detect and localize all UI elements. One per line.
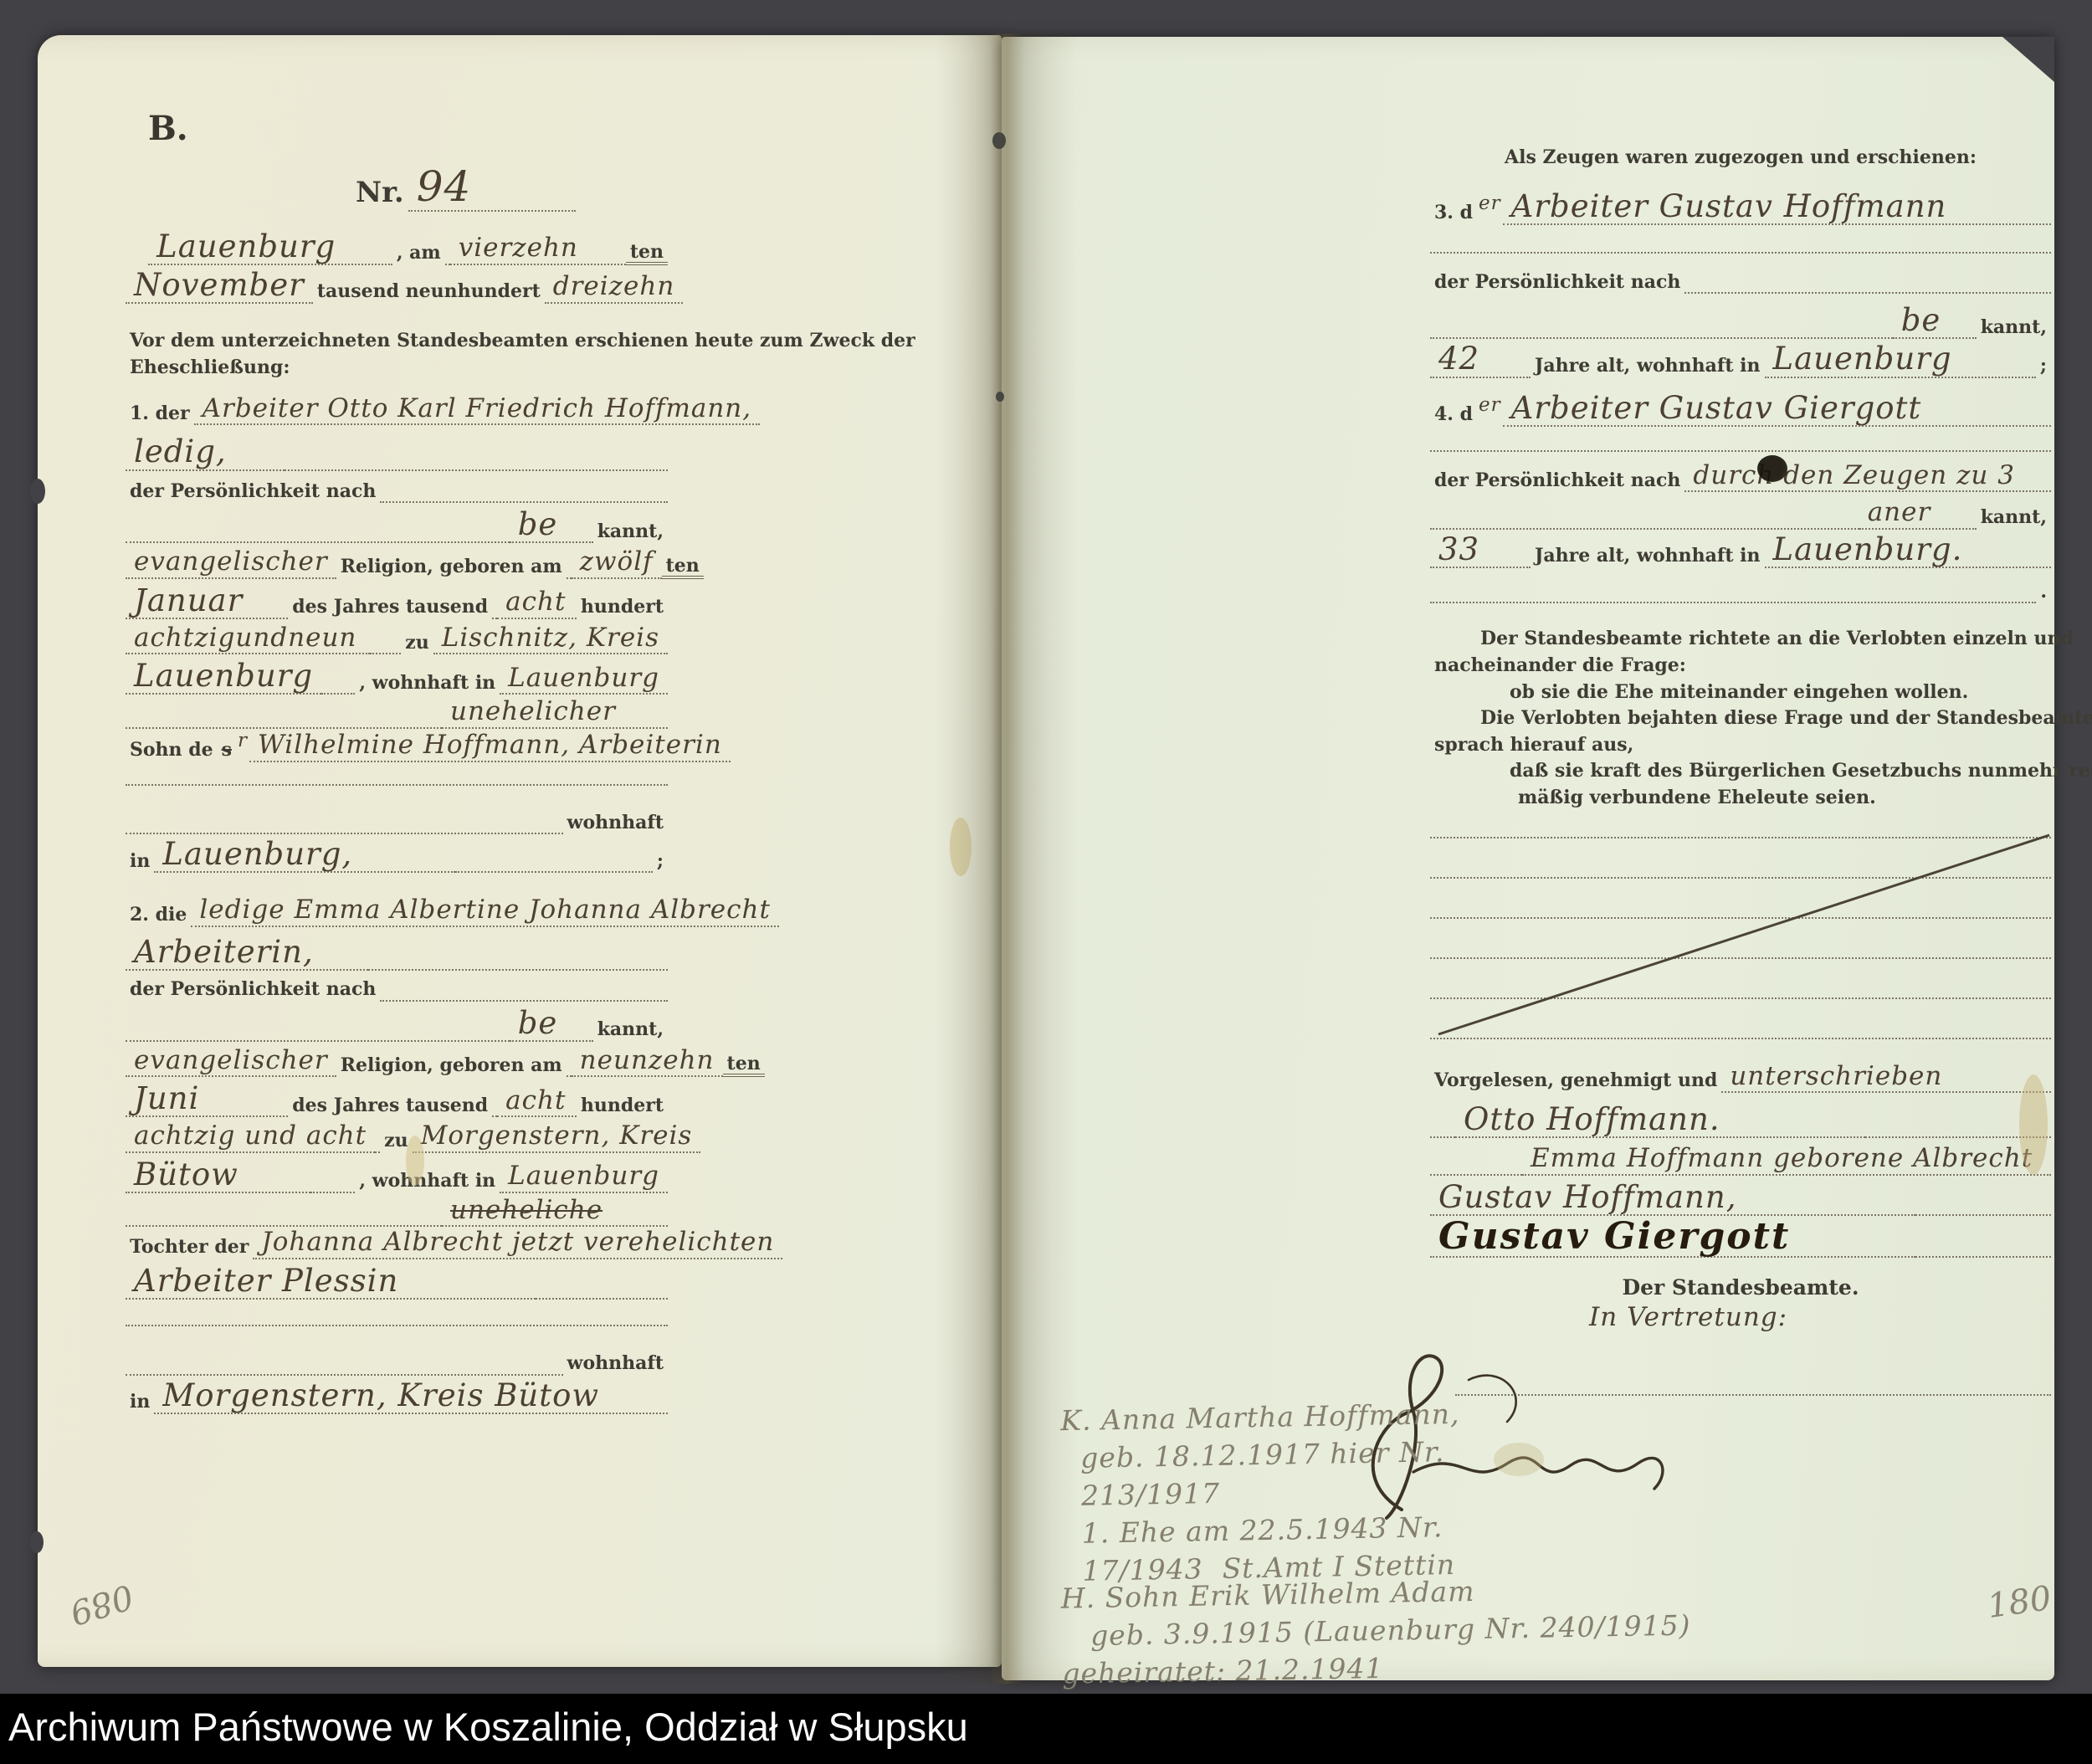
blank-fill-line	[1430, 444, 2051, 452]
blank-fill-line	[380, 495, 668, 503]
blank-fill-line	[126, 1033, 510, 1042]
signature-emma: Emma Hoffmann geborene Albrecht	[1430, 1146, 2051, 1175]
handwritten-text: unterschrieben	[1721, 1064, 2051, 1093]
handwritten-text: evangelischer	[126, 550, 336, 578]
handwritten-text: achtzigundneun	[126, 626, 370, 654]
groom-name-line: 1. derArbeiter Otto Karl Friedrich Hoffm…	[126, 397, 668, 425]
handwritten-text: Arbeiter Gustav Hoffmann	[1503, 192, 2051, 225]
blank-line	[126, 777, 668, 786]
printed-text: tausend neunhundert	[313, 279, 545, 304]
intro-line-1: Vor dem unterzeichneten Standesbeamten e…	[126, 329, 668, 353]
printed-text: ten	[723, 1054, 765, 1077]
printed-text: in	[126, 1390, 154, 1414]
printed-text: nacheinander die Frage:	[1430, 654, 1690, 678]
groom-birthplace-line: Lauenburg, wohnhaft inLauenburg	[126, 661, 668, 695]
handwritten-text: Lauenburg	[500, 1164, 668, 1192]
blank-fill-line	[1430, 1167, 1522, 1176]
blank-fill-line	[536, 1291, 668, 1300]
blank-fill-line	[455, 864, 653, 873]
handwritten-text: zwölf	[572, 550, 662, 578]
handwritten-text: Gustav Hoffmann,	[1430, 1182, 1915, 1216]
handwritten-text: neunzehn	[572, 1049, 723, 1077]
declaration-line-7: mäßig verbundene Eheleute seien.	[1430, 786, 2051, 810]
printed-text: Nr.	[351, 174, 408, 211]
bride-unehelich-line: uneheliche	[126, 1198, 668, 1227]
handwritten-text: Lauenburg.	[1765, 535, 2052, 568]
blank-fill-line	[126, 1318, 668, 1326]
handwritten-text: vierzehn	[450, 236, 626, 264]
printed-text: , am	[392, 241, 445, 265]
binding-hole	[992, 132, 1006, 149]
blank-fill-line	[1684, 285, 2051, 294]
printed-text: kannt,	[593, 520, 668, 544]
printed-text: Vor dem unterzeichneten Standesbeamten e…	[126, 329, 920, 353]
handwritten-text: r	[236, 732, 249, 762]
blank-line	[1430, 245, 2051, 254]
groom-religion-line: evangelischerReligion, geboren amzwölfte…	[126, 550, 668, 578]
declaration-line-1: Der Standesbeamte richtete an die Verlob…	[1430, 627, 2051, 651]
handwritten-text: Johanna Albrecht jetzt verehelichten	[253, 1230, 782, 1259]
pencil-note-line: K. Anna Martha Hoffmann,	[1060, 1396, 1460, 1440]
bride-birthplace-line: Bütow, wohnhaft inLauenburg	[126, 1160, 668, 1193]
handwritten-text: aner	[1859, 500, 1977, 529]
printed-text: des Jahres tausend	[288, 1094, 492, 1118]
handwritten-text: Arbeiter Plessin	[126, 1266, 536, 1300]
vorgelesen-line: Vorgelesen, genehmigt undunterschrieben	[1430, 1064, 2051, 1093]
handwritten-text: ledig,	[126, 437, 285, 470]
blank-fill-line	[285, 463, 668, 471]
handwritten-text: dreizehn	[545, 274, 684, 303]
crossed-out-section	[1430, 830, 2051, 1039]
blank-fill-line	[1430, 595, 2036, 603]
witness3-known-line: bekannt,	[1430, 305, 2051, 339]
bride-parent-line-2: Arbeiter Plessin	[126, 1266, 668, 1300]
handwritten-text: be	[510, 1008, 593, 1042]
blank-fill-line	[1430, 521, 1859, 530]
handwritten-text: Morgenstern, Kreis	[413, 1124, 701, 1152]
groom-birthmonth-line: Januardes Jahres tausendachthundert	[126, 586, 668, 619]
handwritten-text: 42	[1430, 344, 1531, 377]
handwritten-text: Januar	[126, 586, 288, 619]
bride-identity-line: der Persönlichkeit nach	[126, 977, 668, 1002]
printed-text: Vorgelesen, genehmigt und	[1430, 1069, 1721, 1093]
groom-identity-line: der Persönlichkeit nach	[126, 479, 668, 504]
handwritten-text: Lischnitz, Kreis	[433, 626, 668, 654]
printed-text: Die Verlobten bejahten diese Frage und d…	[1476, 706, 2092, 731]
caption-bar: Archiwum Państwowe w Koszalinie, Oddział…	[0, 1694, 2092, 1764]
declaration-line-5: sprach hierauf aus,	[1430, 733, 2051, 757]
witness4-age-line: 33Jahre alt, wohnhaft inLauenburg.	[1430, 535, 2051, 568]
handwritten-text: 94	[408, 167, 576, 212]
handwritten-text: Arbeiter Gustav Giergott	[1503, 393, 2051, 427]
bride-wohnhaft-line: wohnhaft	[126, 1351, 668, 1376]
handwritten-text: Juni	[126, 1084, 288, 1117]
printed-text: Religion, geboren am	[336, 1054, 567, 1078]
bride-religion-line: evangelischerReligion, geboren amneunzeh…	[126, 1049, 668, 1077]
blank-fill-line	[1430, 245, 2051, 254]
blank-fill-line	[126, 1218, 442, 1227]
handwritten-text: unehelicher	[442, 700, 668, 728]
blank-fill-line	[1430, 1329, 1581, 1332]
right-form: Als Zeugen waren zugezogen und erschiene…	[1430, 146, 2051, 1396]
handwritten-text: Arbeiter Otto Karl Friedrich Hoffmann,	[194, 397, 761, 425]
printed-text: der Persönlichkeit nach	[1430, 270, 1684, 295]
blank-fill-line	[1915, 1208, 2051, 1216]
blank-fill-line	[126, 1367, 563, 1376]
handwritten-text: Emma Hoffmann geborene Albrecht	[1522, 1146, 2051, 1175]
handwritten-text: acht	[497, 1089, 577, 1117]
printed-text: Jahre alt, wohnhaft in	[1531, 544, 1765, 568]
printed-text: sprach hierauf aus,	[1430, 733, 1638, 757]
declaration-line-4: Die Verlobten bejahten diese Frage und d…	[1430, 706, 2051, 731]
printed-text: ;	[653, 849, 668, 874]
date-year-line: Novembertausend neunhundertdreizehn	[126, 270, 668, 304]
handwritten-text: Wilhelmine Hoffmann, Arbeiterin	[249, 733, 731, 761]
printed-text: in	[126, 849, 154, 874]
binding-hole	[996, 392, 1004, 402]
handwritten-text: Lauenburg	[1765, 344, 2036, 377]
handwritten-text: evangelischer	[126, 1049, 336, 1077]
bride-name-line: 2. dieledige Emma Albertine Johanna Albr…	[126, 898, 668, 926]
witness4-known-line: anerkannt,	[1430, 500, 2051, 529]
bride-birthyear-line: achtzig und achtzuMorgenstern, Kreis	[126, 1124, 668, 1152]
handwritten-text: Bütow	[126, 1160, 310, 1193]
paper-stain	[950, 818, 972, 876]
right-form-top: Als Zeugen waren zugezogen und erschiene…	[1430, 146, 2051, 810]
bride-birthmonth-line: Junides Jahres tausendachthundert	[126, 1084, 668, 1117]
blank-fill-line	[126, 777, 668, 786]
blank-line	[1430, 444, 2051, 452]
printed-text: zu	[380, 1129, 413, 1153]
handwritten-text: Lauenburg	[148, 232, 392, 265]
blank-fill-line	[126, 208, 351, 212]
printed-text: .	[2036, 580, 2051, 604]
printed-text: zu	[401, 631, 433, 655]
handwritten-text: durch den Zeugen zu 3	[1684, 464, 2051, 492]
printed-text: ob sie die Ehe miteinander eingehen woll…	[1505, 680, 1972, 705]
handwritten-text: Arbeiterin,	[126, 937, 368, 971]
groom-parent-line: Sohn desrWilhelmine Hoffmann, Arbeiterin	[126, 732, 668, 762]
printed-text: 2. die	[126, 903, 191, 927]
handwritten-text: Lauenburg,	[154, 839, 455, 873]
blank-fill-line	[380, 993, 668, 1002]
in-vertretung-line: In Vertretung:	[1430, 1305, 2051, 1332]
blank-fill-line	[1430, 331, 1893, 339]
handwritten-text: Otto Hoffmann.	[1455, 1105, 1865, 1138]
blank-line: .	[1430, 580, 2051, 604]
registrar-heading: Der Standesbeamte.	[1430, 1274, 2051, 1302]
groom-residence-line: inLauenburg,;	[126, 839, 668, 873]
handwritten-text: be	[510, 510, 593, 543]
printed-text: der Persönlichkeit nach	[126, 479, 380, 504]
groom-unehelich-line: unehelicher	[126, 700, 668, 728]
blank-fill-line	[126, 535, 510, 543]
blank-fill-line	[310, 1185, 356, 1193]
declaration-line-6: daß sie kraft des Bürgerlichen Gesetzbuc…	[1430, 759, 2051, 783]
printed-text: des Jahres tausend	[288, 595, 492, 619]
printed-text: Tochter der	[126, 1235, 253, 1259]
ink-blot	[1757, 455, 1787, 482]
printed-text: der Persönlichkeit nach	[1430, 469, 1684, 493]
witness3-name-line: 3. derArbeiter Gustav Hoffmann	[1430, 192, 2051, 225]
blank-fill-line	[126, 720, 442, 729]
handwritten-text: uneheliche	[442, 1198, 668, 1227]
declaration-line-2: nacheinander die Frage:	[1430, 654, 2051, 678]
signature-gustav-hoffmann: Gustav Hoffmann,	[1430, 1182, 2051, 1216]
printed-text: der Persönlichkeit nach	[126, 977, 380, 1002]
printed-text: Als Zeugen waren zugezogen und erschiene…	[1500, 146, 1981, 170]
printed-text: ten	[662, 556, 704, 579]
date-place-line: Lauenburg, amvierzehnten	[126, 232, 668, 265]
right-page: Als Zeugen waren zugezogen und erschiene…	[1002, 37, 2054, 1680]
witnesses-heading: Als Zeugen waren zugezogen und erschiene…	[1430, 146, 2051, 170]
printed-text: , wohnhaft in	[355, 1169, 500, 1193]
handwritten-text: er	[1477, 195, 1503, 225]
printed-text: 3. d	[1430, 201, 1477, 225]
handwritten-text: achtzig und acht	[126, 1124, 375, 1152]
section-letter: B.	[148, 109, 188, 148]
left-page: B. Nr.94Lauenburg, amvierzehntenNovember…	[38, 35, 1002, 1667]
groom-wohnhaft-line: wohnhaft	[126, 811, 668, 835]
printed-text: ten	[626, 243, 668, 265]
blank-line	[126, 1318, 668, 1326]
printed-text: mäßig verbundene Eheleute seien.	[1514, 786, 1880, 810]
groom-status-line: ledig,	[126, 437, 668, 470]
printed-text: Religion, geboren am	[336, 555, 567, 579]
handwritten-text: Gustav Giergott	[1430, 1219, 1915, 1259]
blank-fill-line	[126, 262, 148, 265]
bride-parent-line: Tochter derJohanna Albrecht jetzt verehe…	[126, 1230, 668, 1259]
printed-text: Der Standesbeamte.	[1618, 1274, 1863, 1302]
declaration-line-3: ob sie die Ehe miteinander eingehen woll…	[1430, 680, 2051, 705]
handwritten-text: be	[1893, 305, 1977, 339]
printed-text: hundert	[577, 595, 668, 619]
pencil-page-number-left: 089	[65, 1577, 137, 1632]
witness4-identity-line: der Persönlichkeit nachdurch den Zeugen …	[1430, 464, 2051, 492]
nr-line: Nr.94	[126, 167, 668, 212]
blank-fill-line	[1915, 1249, 2051, 1258]
handwritten-text: Morgenstern, Kreis Bütow	[154, 1381, 668, 1414]
printed-text: Eheschließung:	[126, 356, 294, 380]
bride-known-line: bekannt,	[126, 1008, 668, 1042]
printed-text: Jahre alt, wohnhaft in	[1531, 354, 1765, 378]
handwritten-text: In Vertretung:	[1581, 1305, 1796, 1332]
printed-text: wohnhaft	[563, 811, 668, 835]
page-edge-tear	[30, 1531, 44, 1553]
printed-text: ;	[2036, 354, 2051, 378]
pencil-note-line: 1. Ehe am 22.5.1943 Nr.	[1062, 1508, 1462, 1552]
printed-text: kannt,	[593, 1018, 668, 1042]
printed-text: daß sie kraft des Bürgerlichen Gesetzbuc…	[1505, 759, 2092, 783]
pencil-note-line: geb. 18.12.1917 hier Nr.	[1061, 1433, 1461, 1478]
handwritten-text: ledige Emma Albertine Johanna Albrecht	[191, 898, 779, 926]
printed-text: hundert	[577, 1094, 668, 1118]
printed-text: 4. d	[1430, 403, 1477, 427]
page-corner-cut	[2002, 37, 2054, 82]
signature-gustav-giergott: Gustav Giergott	[1430, 1219, 2051, 1259]
printed-text: kannt,	[1977, 315, 2051, 340]
groom-birthyear-line: achtzigundneunzuLischnitz, Kreis	[126, 626, 668, 654]
witness3-identity-line: der Persönlichkeit nach	[1430, 270, 2051, 295]
handwritten-text: acht	[497, 590, 577, 618]
blank-fill-line	[126, 826, 563, 834]
blank-fill-line	[368, 962, 668, 971]
printed-text: 1. der	[126, 402, 194, 426]
handwritten-text: Lauenburg	[126, 661, 321, 695]
page-edge-tear	[30, 479, 45, 504]
pencil-marginal-note-1: K. Anna Martha Hoffmann, geb. 18.12.1917…	[1060, 1396, 1463, 1591]
printed-text: Sohn de	[126, 738, 218, 762]
blank-fill-line	[1430, 1130, 1455, 1138]
archive-scan-page: B. Nr.94Lauenburg, amvierzehntenNovember…	[0, 0, 2092, 1764]
handwritten-text: November	[126, 270, 313, 304]
diagonal-strike-line	[1430, 830, 2051, 1039]
witness3-age-line: 42Jahre alt, wohnhaft inLauenburg;	[1430, 344, 2051, 377]
printed-text: wohnhaft	[563, 1351, 668, 1376]
printed-text: kannt,	[1977, 505, 2051, 530]
printed-text: Der Standesbeamte richtete an die Verlob…	[1476, 627, 2078, 651]
handwritten-text: 33	[1430, 535, 1531, 568]
groom-known-line: bekannt,	[126, 510, 668, 543]
left-form: Nr.94Lauenburg, amvierzehntenNovembertau…	[126, 167, 668, 1414]
blank-fill-line	[321, 686, 355, 695]
blank-fill-line	[370, 646, 401, 654]
signature-otto: Otto Hoffmann.	[1430, 1105, 2051, 1138]
handwritten-text: er	[1477, 397, 1503, 427]
handwritten-text: Lauenburg	[500, 666, 668, 695]
intro-line-2: Eheschließung:	[126, 356, 668, 380]
witness4-name-line: 4. derArbeiter Gustav Giergott	[1430, 393, 2051, 427]
printed-text: s	[218, 738, 236, 762]
archive-caption: Archiwum Państwowe w Koszalinie, Oddział…	[8, 1704, 968, 1750]
bride-residence-line: inMorgenstern, Kreis Bütow	[126, 1381, 668, 1414]
pencil-page-number-right: 180	[1985, 1579, 2054, 1626]
printed-text: , wohnhaft in	[355, 671, 500, 695]
blank-fill-line	[1865, 1130, 2051, 1138]
bride-occupation-line: Arbeiterin,	[126, 937, 668, 971]
